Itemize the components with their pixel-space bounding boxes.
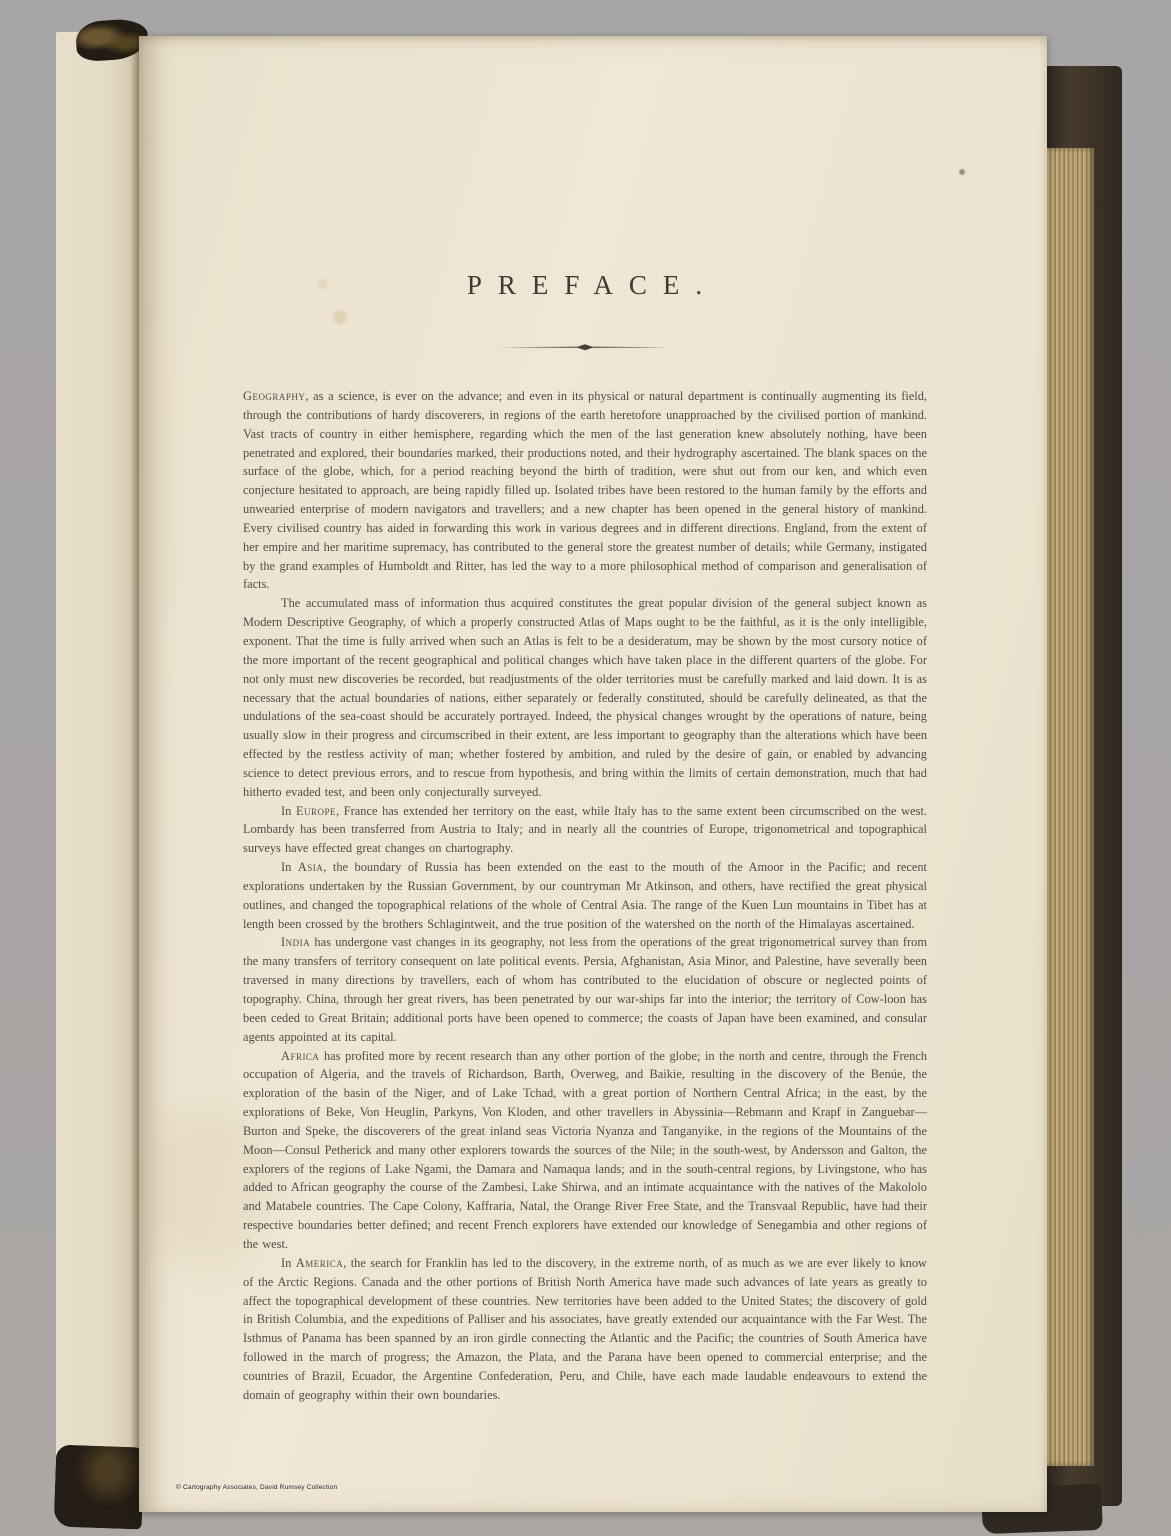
paragraph-text: , the search for Franklin has led to the… (243, 1256, 927, 1402)
paragraph-smallcaps-word: America (296, 1256, 343, 1270)
paragraph-lead-in: In (281, 804, 296, 818)
paragraph-smallcaps-word: India (281, 935, 310, 949)
verso-page-strip (56, 32, 142, 1514)
cover-corner-bottom-left (54, 1444, 145, 1529)
paragraph-smallcaps-word: Africa (281, 1049, 319, 1063)
paragraph-smallcaps-word: Europe (296, 804, 336, 818)
paragraph-lead-in: In (281, 860, 298, 874)
preface-paragraph: Geography, as a science, is ever on the … (243, 387, 927, 594)
preface-paragraph: In Europe, France has extended her terri… (243, 802, 927, 859)
preface-paragraph: Africa has profited more by recent resea… (243, 1047, 927, 1254)
paragraph-text: has profited more by recent research tha… (243, 1049, 927, 1251)
paragraph-text: , France has extended her territory on t… (243, 804, 927, 856)
paragraph-smallcaps-word: Asia (298, 860, 323, 874)
paragraph-smallcaps-word: Geography (243, 389, 305, 403)
paragraph-text: has undergone vast changes in its geogra… (243, 935, 927, 1043)
divider-rule-with-diamond (500, 341, 670, 353)
preface-paragraph: India has undergone vast changes in its … (243, 933, 927, 1046)
preface-text: Geography, as a science, is ever on the … (243, 387, 927, 1405)
preface-page: ✳ PREFACE. Geography, as a science, is e… (139, 36, 1047, 1512)
preface-paragraph: In America, the search for Franklin has … (243, 1254, 927, 1405)
divider-ornament (243, 340, 926, 358)
paragraph-lead-in: In (281, 1256, 296, 1270)
preface-paragraph: In Asia, the boundary of Russia has been… (243, 858, 927, 933)
fore-edge-pages (1044, 148, 1094, 1466)
preface-paragraph: The accumulated mass of information thus… (243, 594, 927, 801)
paragraph-text: , as a science, is ever on the advance; … (243, 389, 927, 591)
paragraph-text: , the boundary of Russia has been extend… (243, 860, 927, 931)
collection-watermark: © Cartography Associates, David Rumsey C… (176, 1484, 337, 1491)
paragraph-text: The accumulated mass of information thus… (243, 596, 927, 798)
page-title: PREFACE. (243, 270, 926, 301)
